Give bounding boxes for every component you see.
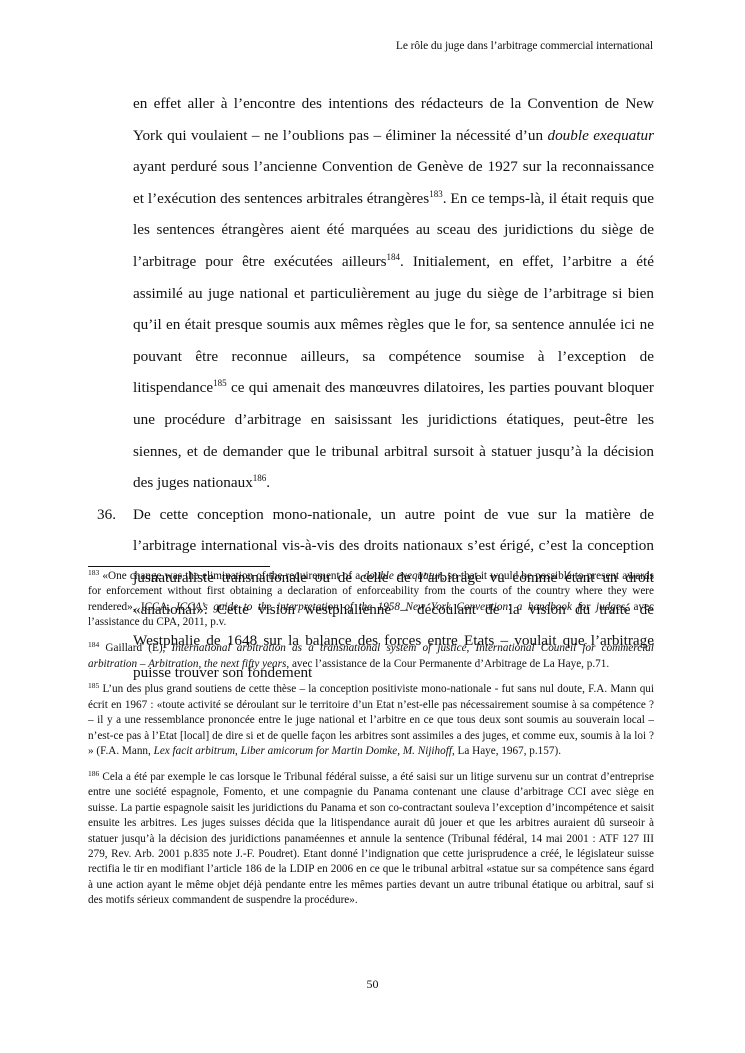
paragraph-number: 36.	[97, 499, 116, 531]
running-header: Le rôle du juge dans l’arbitrage commerc…	[396, 40, 653, 52]
footnote-text: «One change was the elimination of the r…	[99, 570, 363, 582]
footnote-text: Gaillard (E),	[99, 642, 171, 654]
footnote-ref-183[interactable]: 183	[429, 189, 443, 199]
footnote-ref-185[interactable]: 185	[213, 378, 227, 388]
footnote-text: , avec l’assistance de la Cour Permanent…	[286, 658, 609, 670]
footnote-183: 183 «One change was the elimination of t…	[88, 569, 654, 631]
footnote-ref-184[interactable]: 184	[387, 252, 401, 262]
footnote-separator	[88, 566, 270, 567]
footnote-text: ,	[467, 642, 476, 654]
footnote-ref-186[interactable]: 186	[253, 473, 267, 483]
italic-citation: ICCA’s guide to the interpretation of th…	[176, 601, 508, 613]
italic-citation: Liber amicorum for Martin Domke, M. Niji…	[241, 745, 452, 757]
page-number: 50	[0, 977, 745, 992]
footnote-number: 184	[88, 640, 99, 649]
text-span: .	[266, 474, 270, 491]
footnote-185: 185 L’un des plus grand soutiens de cett…	[88, 682, 654, 759]
footnote-number: 185	[88, 681, 99, 690]
footnote-184: 184 Gaillard (E), International arbitrat…	[88, 641, 654, 672]
footnote-number: 183	[88, 568, 99, 577]
footnote-text: , La Haye, 1967, p.157).	[452, 745, 561, 757]
text-span: . Initialement, en effet, l’arbitre a ét…	[133, 253, 654, 396]
italic-citation: Lex facit arbitrum	[154, 745, 235, 757]
italic-term: double exequatur	[547, 127, 654, 144]
footnote-text: :	[508, 601, 517, 613]
footnote-text: Cela a été par exemple le cas lorsque le…	[88, 771, 654, 906]
footnote-number: 186	[88, 769, 99, 778]
italic-citation: International arbitration as a transnati…	[172, 642, 467, 654]
footnote-186: 186 Cela a été par exemple le cas lorsqu…	[88, 770, 654, 909]
continuation-paragraph: en effet aller à l’encontre des intentio…	[133, 88, 654, 499]
italic-citation: double exequatur	[363, 570, 441, 582]
footnotes: 183 «One change was the elimination of t…	[88, 569, 654, 919]
italic-citation: a handbook for judges,	[517, 601, 628, 613]
